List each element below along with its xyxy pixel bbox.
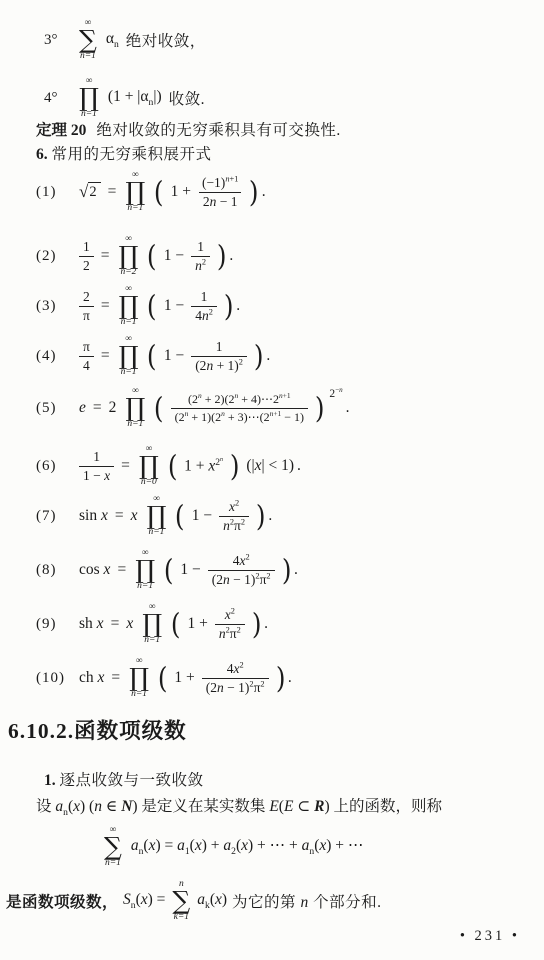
sqrt-expression: √2 — [79, 182, 101, 202]
formula-label: (1) — [36, 184, 72, 201]
product-operator: ∞ ∏ n=1 — [117, 285, 141, 328]
close-paren: ) — [256, 502, 266, 531]
fraction: x2 n2π2 — [219, 498, 249, 534]
punctuation: . — [236, 297, 240, 315]
formula-label: (6) — [36, 458, 72, 475]
term-body: 1 + x2n — [184, 456, 223, 475]
fraction: (2n + 2)(2n + 4)⋯2n+1 (2n + 1)(2n + 3)⋯(… — [171, 391, 308, 425]
close-paren: ) — [230, 452, 240, 481]
item-text: 绝对收敛， — [126, 29, 206, 51]
equals-sign: = — [101, 347, 110, 365]
formula-label: (4) — [36, 348, 72, 365]
section-heading-number: 6.10.2. — [8, 719, 74, 743]
fraction-numerator: π — [79, 338, 94, 356]
term-prefix: 1 − — [164, 297, 184, 315]
product-lower-limit: n=2 — [120, 268, 136, 278]
lhs-fraction: 1 1 − x — [79, 448, 114, 484]
formula-6: (6) 1 1 − x = ∞ ∏ n=0 ( 1 + x2n ) (|x| <… — [36, 440, 301, 492]
subsection-number: 1. — [44, 772, 56, 789]
lead-text: 是函数项级数， — [6, 890, 118, 912]
coefficient: x — [131, 507, 138, 525]
fraction: (−1)n+1 2n − 1 — [198, 174, 242, 210]
sigma-symbol: ∑ — [172, 888, 190, 913]
close-paren: ) — [217, 242, 227, 271]
outer-exponent: 2−n — [329, 386, 342, 400]
fraction-denominator: 1 − x — [79, 466, 114, 485]
formula-1: (1) √2 = ∞ ∏ n=1 ( 1 + (−1)n+1 2n − 1 ) … — [36, 166, 266, 218]
term-prefix: 1 − — [164, 247, 184, 265]
summand: ak(x) — [197, 891, 227, 911]
sum-lower-limit: n=1 — [80, 52, 96, 62]
item-label: 4° — [44, 90, 70, 107]
coefficient: x — [126, 615, 133, 633]
punctuation: . — [229, 247, 233, 265]
equals-sign: = — [121, 457, 130, 475]
partial-sum-line: 是函数项级数， Sn(x) = n ∑ k=1 ak(x) 为它的第 n 个部分… — [6, 876, 381, 926]
pi-symbol: ∏ — [119, 243, 139, 268]
equals-sign: = — [115, 507, 124, 525]
equals-sign: = — [101, 247, 110, 265]
punctuation: . — [297, 457, 301, 475]
pi-symbol: ∏ — [139, 453, 159, 478]
pi-symbol: ∏ — [79, 85, 99, 110]
product-operator: ∞ ∏ n=1 — [133, 549, 157, 592]
page-number: • 231 • — [460, 928, 520, 945]
open-paren: ( — [175, 502, 185, 531]
equals-sign: = — [108, 183, 117, 201]
fraction-numerator: (2n + 2)(2n + 4)⋯2n+1 — [184, 391, 295, 408]
fraction: x2 n2π2 — [215, 606, 245, 642]
pi-symbol: ∏ — [125, 179, 145, 204]
close-paren: ) — [252, 610, 262, 639]
punctuation: . — [262, 183, 266, 201]
fraction-denominator: π — [79, 306, 94, 325]
punctuation: . — [266, 347, 270, 365]
math-expression: (1 + |αn|) — [108, 88, 162, 108]
product-lower-limit: n=1 — [148, 528, 164, 538]
formula-label: (5) — [36, 400, 72, 417]
lhs: e — [79, 399, 86, 417]
lhs: cos x — [79, 561, 110, 579]
lhs-fraction: π 4 — [79, 338, 94, 374]
product-lower-limit: n=1 — [137, 582, 153, 592]
tail-text: 为它的第 n 个部分和. — [232, 890, 381, 912]
section-6-line: 6. 常用的无穷乘积展开式 — [36, 142, 212, 164]
fraction-numerator: 1 — [197, 288, 212, 306]
lhs-fraction: 1 2 — [79, 238, 94, 274]
term-prefix: 1 + — [171, 183, 191, 201]
condition: (|x| < 1) — [246, 457, 294, 475]
formula-2: (2) 1 2 = ∞ ∏ n=2 ( 1 − 1 n2 ) . — [36, 230, 233, 282]
equals-sign: = — [101, 297, 110, 315]
section-heading-title: 函数项级数 — [74, 719, 187, 743]
equals-sign: = — [111, 669, 120, 687]
pi-symbol: ∏ — [135, 557, 155, 582]
lhs-fraction: 2 π — [79, 288, 94, 324]
formula-9: (9) sh x = x ∞ ∏ n=1 ( 1 + x2 n2π2 ) . — [36, 598, 268, 650]
term-prefix: 1 + — [174, 669, 194, 687]
fraction-denominator: n2 — [191, 256, 210, 275]
punctuation: . — [346, 399, 350, 417]
formula-label: (10) — [36, 670, 72, 687]
formula-label: (3) — [36, 298, 72, 315]
theorem-body: 绝对收敛的无穷乘积具有可交换性. — [96, 122, 340, 139]
formula-8: (8) cos x = ∞ ∏ n=1 ( 1 − 4x2 (2n − 1)2π… — [36, 544, 298, 596]
fraction: 1 (2n + 1)2 — [191, 338, 247, 374]
radicand: 2 — [88, 182, 100, 201]
sum-operator: n ∑ k=1 — [170, 880, 192, 923]
fraction-numerator: 1 — [193, 238, 208, 256]
partial-sum-lhs: Sn(x) = — [123, 891, 165, 911]
section-heading: 6.10.2.函数项级数 — [8, 714, 187, 745]
product-lower-limit: n=1 — [121, 368, 137, 378]
product-operator: ∞ ∏ n=1 — [140, 603, 164, 646]
equals-sign: = — [117, 561, 126, 579]
formula-7: (7) sin x = x ∞ ∏ n=1 ( 1 − x2 n2π2 ) . — [36, 490, 272, 542]
sum-lower-limit: n=1 — [105, 859, 121, 869]
lhs: sh x — [79, 615, 104, 633]
fraction-numerator: 4x2 — [229, 552, 254, 570]
fraction-denominator: 4n2 — [191, 306, 217, 325]
fraction-numerator: 1 — [89, 448, 104, 466]
term-prefix: 1 + — [187, 615, 207, 633]
open-paren: ( — [147, 292, 157, 321]
fraction-numerator: x2 — [225, 498, 243, 516]
fraction-numerator: (−1)n+1 — [198, 174, 242, 192]
close-paren: ) — [254, 342, 264, 371]
pi-symbol: ∏ — [125, 395, 145, 420]
product-lower-limit: n=1 — [144, 636, 160, 646]
product-operator: ∞ ∏ n=1 — [123, 387, 147, 430]
formula-10: (10) ch x = ∞ ∏ n=1 ( 1 + 4x2 (2n − 1)2π… — [36, 652, 292, 704]
theorem-20-line: 定理 20绝对收敛的无穷乘积具有可交换性. — [36, 118, 341, 140]
fraction: 4x2 (2n − 1)2π2 — [208, 552, 275, 588]
product-operator: ∞ ∏ n=1 — [117, 335, 141, 378]
product-operator: ∞ ∏ n=1 — [127, 657, 151, 700]
product-operator: ∞ ∏ n=2 — [117, 235, 141, 278]
sum-operator: ∞ ∑ n=1 — [102, 826, 124, 869]
pi-symbol: ∏ — [142, 611, 162, 636]
radical-sign: √ — [79, 182, 88, 202]
fraction-denominator: n2π2 — [215, 624, 245, 643]
section-title: 常用的无穷乘积展开式 — [52, 146, 212, 163]
sigma-symbol: ∑ — [104, 834, 122, 859]
item-text: 收敛. — [169, 87, 205, 109]
product-operator: ∞ ∏ n=1 — [145, 495, 169, 538]
close-paren: ) — [275, 664, 285, 693]
math-expression: αn — [106, 30, 119, 50]
open-paren: ( — [164, 556, 174, 585]
fraction-denominator: (2n − 1)2π2 — [208, 570, 275, 589]
punctuation: . — [294, 561, 298, 579]
formula-4: (4) π 4 = ∞ ∏ n=1 ( 1 − 1 (2n + 1)2 ) . — [36, 330, 270, 382]
product-lower-limit: n=1 — [127, 204, 143, 214]
product-lower-limit: n=1 — [121, 318, 137, 328]
punctuation: . — [288, 669, 292, 687]
coefficient: 2 — [109, 399, 117, 417]
condition-item-3: 3° ∞ ∑ n=1 αn 绝对收敛， — [44, 12, 206, 68]
product-lower-limit: n=0 — [141, 478, 157, 488]
product-lower-limit: n=1 — [131, 690, 147, 700]
close-paren: ) — [281, 556, 291, 585]
subsection-1-line: 1. 逐点收敛与一致收敛 — [44, 768, 204, 790]
theorem-head: 定理 20 — [36, 122, 86, 139]
open-paren: ( — [158, 664, 168, 693]
formula-5: (5) e = 2 ∞ ∏ n=1 ( (2n + 2)(2n + 4)⋯2n+… — [36, 382, 350, 434]
fraction-denominator: 2 — [79, 256, 94, 275]
formula-label: (7) — [36, 508, 72, 525]
product-lower-limit: n=1 — [127, 420, 143, 430]
punctuation: . — [268, 507, 272, 525]
open-paren: ( — [147, 342, 157, 371]
product-operator: ∞ ∏ n=1 — [77, 77, 101, 120]
lhs: ch x — [79, 669, 104, 687]
term-prefix: 1 − — [180, 561, 200, 579]
fraction-numerator: 2 — [79, 288, 94, 306]
open-paren: ( — [168, 452, 178, 481]
fraction-numerator: 1 — [79, 238, 94, 256]
fraction-numerator: 1 — [212, 338, 227, 356]
pi-symbol: ∏ — [129, 665, 149, 690]
open-paren: ( — [147, 242, 157, 271]
equals-sign: = — [93, 399, 102, 417]
series-formula: ∞ ∑ n=1 an(x) = a1(x) + a2(x) + ⋯ + an(x… — [102, 822, 363, 872]
term-prefix: 1 − — [164, 347, 184, 365]
fraction-numerator: 4x2 — [223, 660, 248, 678]
formula-label: (2) — [36, 248, 72, 265]
fraction-denominator: 4 — [79, 356, 94, 375]
pi-symbol: ∏ — [119, 293, 139, 318]
section-number: 6. — [36, 146, 48, 163]
fraction: 1 4n2 — [191, 288, 217, 324]
sigma-symbol: ∑ — [79, 27, 97, 52]
open-paren: ( — [171, 610, 181, 639]
subsection-title: 逐点收敛与一致收敛 — [60, 772, 204, 789]
scanned-textbook-page: 3° ∞ ∑ n=1 αn 绝对收敛， 4° ∞ ∏ n=1 (1 + |αn|… — [0, 0, 544, 960]
equals-sign: = — [111, 615, 120, 633]
close-paren: ) — [224, 292, 234, 321]
fraction-denominator: (2n + 1)2 — [191, 356, 247, 375]
punctuation: . — [264, 615, 268, 633]
fraction-denominator: n2π2 — [219, 516, 249, 535]
sum-lower-limit: k=1 — [174, 913, 189, 923]
close-paren: ) — [249, 178, 259, 207]
open-paren: ( — [154, 394, 164, 423]
sum-operator: ∞ ∑ n=1 — [77, 19, 99, 62]
open-paren: ( — [154, 178, 164, 207]
formula-label: (8) — [36, 562, 72, 579]
fraction: 1 n2 — [191, 238, 210, 274]
product-operator: ∞ ∏ n=1 — [123, 171, 147, 214]
fraction-denominator: (2n + 1)(2n + 3)⋯(2n+1 − 1) — [171, 408, 308, 426]
formula-3: (3) 2 π = ∞ ∏ n=1 ( 1 − 1 4n2 ) . — [36, 280, 240, 332]
fraction-denominator: 2n − 1 — [199, 192, 242, 211]
term-prefix: 1 − — [192, 507, 212, 525]
paragraph: 设 an(x) (n ∈ N) 是定义在某实数集 E(E ⊂ R) 上的函数，则… — [36, 794, 442, 818]
product-operator: ∞ ∏ n=0 — [137, 445, 161, 488]
pi-symbol: ∏ — [147, 503, 167, 528]
lhs: sin x — [79, 507, 108, 525]
series-expansion: an(x) = a1(x) + a2(x) + ⋯ + an(x) + ⋯ — [131, 836, 364, 857]
item-label: 3° — [44, 32, 70, 49]
fraction-numerator: x2 — [221, 606, 239, 624]
close-paren: ) — [315, 394, 325, 423]
pi-symbol: ∏ — [119, 343, 139, 368]
formula-label: (9) — [36, 616, 72, 633]
fraction-denominator: (2n − 1)2π2 — [202, 678, 269, 697]
fraction: 4x2 (2n − 1)2π2 — [202, 660, 269, 696]
